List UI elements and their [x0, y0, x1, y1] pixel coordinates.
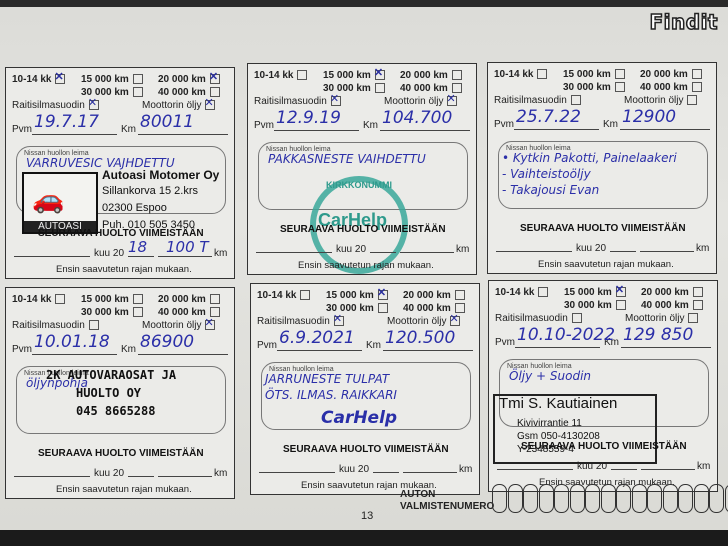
checkbox-km15[interactable] — [133, 294, 143, 304]
engine-oil-label: Moottorin öljy — [384, 96, 457, 107]
date-label: Pvm — [257, 340, 277, 351]
checkbox-interval[interactable] — [538, 287, 548, 297]
vin-digit-box — [508, 484, 523, 513]
km20-label: 20 000 km — [400, 70, 462, 81]
service-date: 10.10-2022 — [517, 325, 615, 345]
engine-oil-label: Moottorin öljy — [624, 95, 697, 106]
checkbox-cabin_filter[interactable] — [334, 316, 344, 326]
engine-oil-label: Moottorin öljy — [142, 100, 215, 111]
km30-label: 30 000 km — [564, 300, 626, 311]
service-note: Öljy + Suodin — [509, 369, 591, 383]
km15-label: 15 000 km — [81, 294, 143, 305]
stamp-line: Tmi S. Kautiainen — [499, 395, 617, 412]
next-service-heading: SEURAAVA HUOLTO VIIMEISTÄÄN — [521, 441, 687, 452]
checkbox-engine_oil[interactable] — [205, 320, 215, 330]
interval-label: 10-14 kk — [12, 74, 65, 85]
checkbox-km20[interactable] — [452, 70, 462, 80]
checkbox-km20[interactable] — [692, 69, 702, 79]
cabin-filter-label: Raitisilmasuodin — [494, 95, 581, 106]
checkbox-cabin_filter[interactable] — [331, 96, 341, 106]
checkbox-interval[interactable] — [297, 70, 307, 80]
checkbox-engine_oil[interactable] — [205, 100, 215, 110]
service-km: 104.700 — [382, 108, 452, 128]
service-note-line: ÖTS. ILMAS. RAIKKARI — [265, 388, 397, 402]
stamp-line: 02300 Espoo — [102, 202, 167, 214]
vin-digit-box — [647, 484, 662, 513]
vin-digit-box — [523, 484, 538, 513]
stamp-line: 045 8665288 — [76, 404, 155, 418]
background-bottom — [0, 530, 728, 546]
vin-digit-box — [554, 484, 569, 513]
month-year-label: kuu 20 — [336, 244, 366, 255]
service-record-card: 10-14 kk15 000 km20 000 km30 000 km40 00… — [250, 283, 480, 495]
vin-digit-box — [492, 484, 507, 513]
km-label: Km — [121, 344, 136, 355]
service-km: 12900 — [622, 107, 676, 127]
service-date: 25.7.22 — [516, 107, 581, 127]
interval-label: 10-14 kk — [495, 287, 548, 298]
page-number: 13 — [361, 510, 373, 522]
vin-boxes — [492, 484, 728, 513]
km-label: Km — [366, 340, 381, 351]
km-unit-label: km — [456, 244, 469, 255]
month-year-label: kuu 20 — [339, 464, 369, 475]
checkbox-km20[interactable] — [210, 294, 220, 304]
stamp-line: 2K AUTOVARAOSAT JA — [46, 368, 176, 382]
interval-label: 10-14 kk — [257, 290, 310, 301]
vin-digit-box — [570, 484, 585, 513]
km-unit-label: km — [214, 468, 227, 479]
km15-label: 15 000 km — [563, 69, 625, 80]
checkbox-km30[interactable] — [378, 303, 388, 313]
km30-label: 30 000 km — [563, 82, 625, 93]
service-record-card: 10-14 kk15 000 km20 000 km30 000 km40 00… — [247, 63, 477, 275]
vin-digit-box — [616, 484, 631, 513]
vin-digit-box — [663, 484, 678, 513]
vin-digit-box — [539, 484, 554, 513]
service-date: 6.9.2021 — [279, 328, 355, 348]
km-unit-label: km — [214, 248, 227, 259]
footer-note: Ensin saavutetun rajan mukaan. — [298, 260, 434, 271]
carhelp-stamp: CarHelp — [321, 408, 397, 428]
checkbox-interval[interactable] — [537, 69, 547, 79]
km20-label: 20 000 km — [403, 290, 465, 301]
vin-digit-box — [709, 484, 724, 513]
next-service-heading: SEURAAVA HUOLTO VIIMEISTÄÄN — [520, 223, 686, 234]
checkbox-interval[interactable] — [55, 294, 65, 304]
interval-label: 10-14 kk — [494, 69, 547, 80]
cabin-filter-label: Raitisilmasuodin — [254, 96, 341, 107]
km-label: Km — [363, 120, 378, 131]
km40-label: 40 000 km — [641, 300, 703, 311]
checkbox-km30[interactable] — [615, 82, 625, 92]
service-date: 12.9.19 — [276, 108, 341, 128]
stamp-line: Autoasi Motomer Oy — [102, 168, 219, 182]
next-service-km: 100 T — [166, 238, 209, 256]
service-km: 120.500 — [385, 328, 455, 348]
km15-label: 15 000 km — [81, 74, 143, 85]
date-label: Pvm — [495, 337, 515, 348]
month-year-label: kuu 20 — [94, 248, 124, 259]
footer-note: Ensin saavutetun rajan mukaan. — [56, 264, 192, 275]
km15-label: 15 000 km — [564, 287, 626, 298]
service-record-card: 10-14 kk15 000 km20 000 km30 000 km40 00… — [488, 280, 718, 492]
stamp-line: Sillankorva 15 2.krs — [102, 185, 198, 197]
checkbox-km40[interactable] — [692, 82, 702, 92]
date-label: Pvm — [494, 119, 514, 130]
date-label: Pvm — [254, 120, 274, 131]
vin-digit-box — [632, 484, 647, 513]
vin-digit-box — [694, 484, 709, 513]
checkbox-km15[interactable] — [615, 69, 625, 79]
km20-label: 20 000 km — [158, 294, 220, 305]
vin-digit-box — [601, 484, 616, 513]
autoasi-logo: 🚗AUTOASI — [22, 172, 98, 234]
checkbox-km20[interactable] — [455, 290, 465, 300]
service-note-line: - Vaihteistoöljy — [502, 167, 591, 181]
checkbox-km15[interactable] — [378, 290, 388, 300]
date-label: Pvm — [12, 124, 32, 135]
checkbox-km30[interactable] — [133, 87, 143, 97]
engine-oil-label: Moottorin öljy — [625, 313, 698, 324]
km20-label: 20 000 km — [641, 287, 703, 298]
km-unit-label: km — [697, 461, 710, 472]
checkbox-engine_oil[interactable] — [450, 316, 460, 326]
vin-digit-box — [725, 484, 728, 513]
month-year-label: kuu 20 — [576, 243, 606, 254]
km-label: Km — [603, 119, 618, 130]
checkbox-cabin_filter[interactable] — [89, 100, 99, 110]
km-unit-label: km — [459, 464, 472, 475]
month-year-label: kuu 20 — [577, 461, 607, 472]
checkbox-engine_oil[interactable] — [687, 95, 697, 105]
engine-oil-label: Moottorin öljy — [142, 320, 215, 331]
next-service-heading: SEURAAVA HUOLTO VIIMEISTÄÄN — [280, 224, 446, 235]
checkbox-km30[interactable] — [133, 307, 143, 317]
service-km: 129 850 — [623, 325, 693, 345]
next-service-heading: SEURAAVA HUOLTO VIIMEISTÄÄN — [283, 444, 449, 455]
service-record-card: 10-14 kk15 000 km20 000 km30 000 km40 00… — [5, 287, 235, 499]
cabin-filter-label: Raitisilmasuodin — [257, 316, 344, 327]
checkbox-engine_oil[interactable] — [688, 313, 698, 323]
service-note-line: • Kytkin Pakotti, Painelaakeri — [502, 151, 677, 165]
cabin-filter-label: Raitisilmasuodin — [495, 313, 582, 324]
checkbox-engine_oil[interactable] — [447, 96, 457, 106]
km40-label: 40 000 km — [640, 82, 702, 93]
checkbox-cabin_filter[interactable] — [572, 313, 582, 323]
cabin-filter-label: Raitisilmasuodin — [12, 100, 99, 111]
service-date: 10.01.18 — [34, 332, 110, 352]
km15-label: 15 000 km — [323, 70, 385, 81]
service-record-card: 10-14 kk15 000 km20 000 km30 000 km40 00… — [5, 67, 235, 279]
service-note: PAKKASNESTE VAIHDETTU — [268, 152, 426, 166]
vin-digit-box — [678, 484, 693, 513]
checkbox-cabin_filter[interactable] — [89, 320, 99, 330]
km-unit-label: km — [696, 243, 709, 254]
cabin-filter-label: Raitisilmasuodin — [12, 320, 99, 331]
footer-note: Ensin saavutetun rajan mukaan. — [538, 259, 674, 270]
checkbox-km15[interactable] — [375, 70, 385, 80]
checkbox-km20[interactable] — [693, 287, 703, 297]
vin-label-2: VALMISTENUMERO — [400, 501, 494, 512]
checkbox-km20[interactable] — [210, 74, 220, 84]
findit-watermark: Findit — [650, 10, 719, 34]
date-label: Pvm — [12, 344, 32, 355]
service-record-card: 10-14 kk15 000 km20 000 km30 000 km40 00… — [487, 62, 717, 274]
stamp-line: HUOLTO OY — [76, 386, 141, 400]
footer-note: Ensin saavutetun rajan mukaan. — [56, 484, 192, 495]
vin-digit-box — [585, 484, 600, 513]
checkbox-km15[interactable] — [133, 74, 143, 84]
service-note-line: - Takajousi Evan — [502, 183, 599, 197]
km15-label: 15 000 km — [326, 290, 388, 301]
checkbox-interval[interactable] — [55, 74, 65, 84]
service-date: 19.7.17 — [34, 112, 99, 132]
checkbox-cabin_filter[interactable] — [571, 95, 581, 105]
service-km: 86900 — [140, 332, 194, 352]
km20-label: 20 000 km — [640, 69, 702, 80]
checkbox-km30[interactable] — [375, 83, 385, 93]
checkbox-interval[interactable] — [300, 290, 310, 300]
km20-label: 20 000 km — [158, 74, 220, 85]
stamp-line: Kivivirrantie 11 — [517, 418, 582, 429]
service-note-line: JARRUNESTE TULPAT — [265, 372, 389, 386]
vin-label-1: AUTON — [400, 489, 435, 500]
engine-oil-label: Moottorin öljy — [387, 316, 460, 327]
checkbox-km40[interactable] — [693, 300, 703, 310]
checkbox-km15[interactable] — [616, 287, 626, 297]
service-km: 80011 — [140, 112, 194, 132]
km-label: Km — [121, 124, 136, 135]
next-service-year: 18 — [128, 238, 147, 256]
interval-label: 10-14 kk — [254, 70, 307, 81]
km30-label: 30 000 km — [81, 307, 143, 318]
interval-label: 10-14 kk — [12, 294, 65, 305]
month-year-label: kuu 20 — [94, 468, 124, 479]
next-service-heading: SEURAAVA HUOLTO VIIMEISTÄÄN — [38, 448, 204, 459]
checkbox-km30[interactable] — [616, 300, 626, 310]
